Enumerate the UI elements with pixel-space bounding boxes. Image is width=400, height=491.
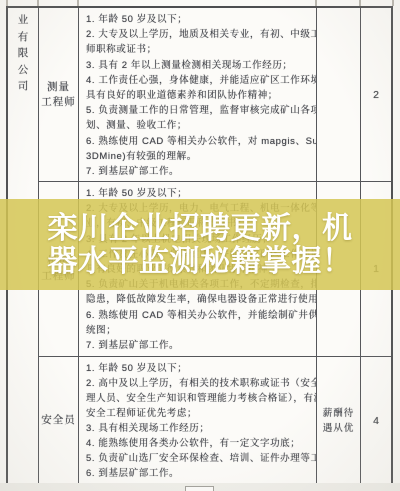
text-line: 隐患，降低故障发生率，确保电器设备正常进行使用；	[86, 292, 310, 307]
text-line: 3. 具有相关现场工作经历；	[86, 421, 310, 436]
cutoff-cell-fragment	[185, 486, 214, 491]
requirements-cell-row3: 1. 年龄 50 岁及以下；2. 高中及以上学历，有相关的技术职称或证书（安全管…	[79, 357, 317, 484]
text-line: 师职称或证书；	[86, 42, 310, 57]
text-line: 4. 工作责任心强，身体健康，并能适应矿区工作环境，	[86, 73, 310, 88]
text-line: 5. 负责测量工作的日常管理，监督审核完成矿山各项计	[86, 103, 310, 118]
text-line: 3. 具有 2 年以上测量检测相关现场工作经历；	[86, 58, 310, 73]
document-photo: 业有限公司 测量工程师 1. 年龄 50 岁及以下；2. 大专及以上学历，地质及…	[0, 0, 400, 491]
text-line: 安全员	[41, 413, 76, 428]
salary-cell-row1	[317, 8, 361, 182]
headline-banner-overlay: 栾川企业招聘更新，机 器水平监测秘籍掌握！	[0, 199, 400, 290]
headline-line-1: 栾川企业招聘更新，机	[48, 212, 353, 245]
text-line: 7. 到基层矿部工作。	[86, 338, 310, 353]
text-line: 具有良好的职业道德素养和团队协作精神；	[86, 88, 310, 103]
text-line: 测量	[47, 80, 70, 95]
text-line: 有	[18, 29, 29, 46]
text-line: 6. 到基层矿部工作。	[86, 466, 310, 481]
text-line: 3DMine)有较强的理解。	[86, 149, 310, 164]
position-cell-safety-officer: 安全员	[39, 357, 79, 484]
headline-line-2: 器水平监测秘籍掌握！	[48, 245, 353, 278]
text-line: 划、测量、验收工作；	[86, 118, 310, 133]
position-cell-surveying-engineer: 测量工程师	[39, 8, 79, 182]
text-line: 1. 年龄 50 岁及以下；	[86, 361, 310, 376]
requirements-cell-row1: 1. 年龄 50 岁及以下；2. 大专及以上学历，地质及相关专业，有初、中级工程…	[79, 8, 317, 182]
text-line: 6. 熟练使用 CAD 等相关办公软件，并能绘制矿井供电系	[86, 308, 310, 323]
text-line: 限	[18, 45, 29, 62]
text-line: 业	[18, 12, 29, 29]
text-line: 5. 负责矿山选厂安全环保检查、培训、证件办理等工作，	[86, 451, 310, 466]
text-line: 2. 大专及以上学历，地质及相关专业，有初、中级工程	[86, 27, 310, 42]
text-line: 安全工程师证优先考虑；	[86, 406, 310, 421]
text-line: 遇从优	[323, 421, 355, 436]
text-line: 司	[18, 78, 29, 95]
text-line: 1. 年龄 50 岁及以下；	[86, 12, 310, 27]
salary-cell-row3: 薪酬待遇从优	[317, 357, 361, 484]
text-line: 理人员、安全生产知识和管理能力考核合格证），有注册	[86, 391, 310, 406]
text-line: 公	[18, 62, 29, 79]
text-line: 工程师	[41, 95, 76, 110]
text-line: 6. 熟练使用 CAD 等相关办公软件，对 mapgis、Surpac(或	[86, 134, 310, 149]
headcount-cell-row3: 4	[361, 357, 391, 484]
text-line: 7. 到基层矿部工作。	[86, 164, 310, 179]
text-line: 统图；	[86, 323, 310, 338]
headcount-cell-row1: 2	[361, 8, 391, 182]
text-line: 薪酬待	[323, 406, 355, 421]
text-line: 4. 能熟练使用各类办公软件，有一定文字功底；	[86, 436, 310, 451]
text-line: 2. 高中及以上学历，有相关的技术职称或证书（安全管	[86, 376, 310, 391]
